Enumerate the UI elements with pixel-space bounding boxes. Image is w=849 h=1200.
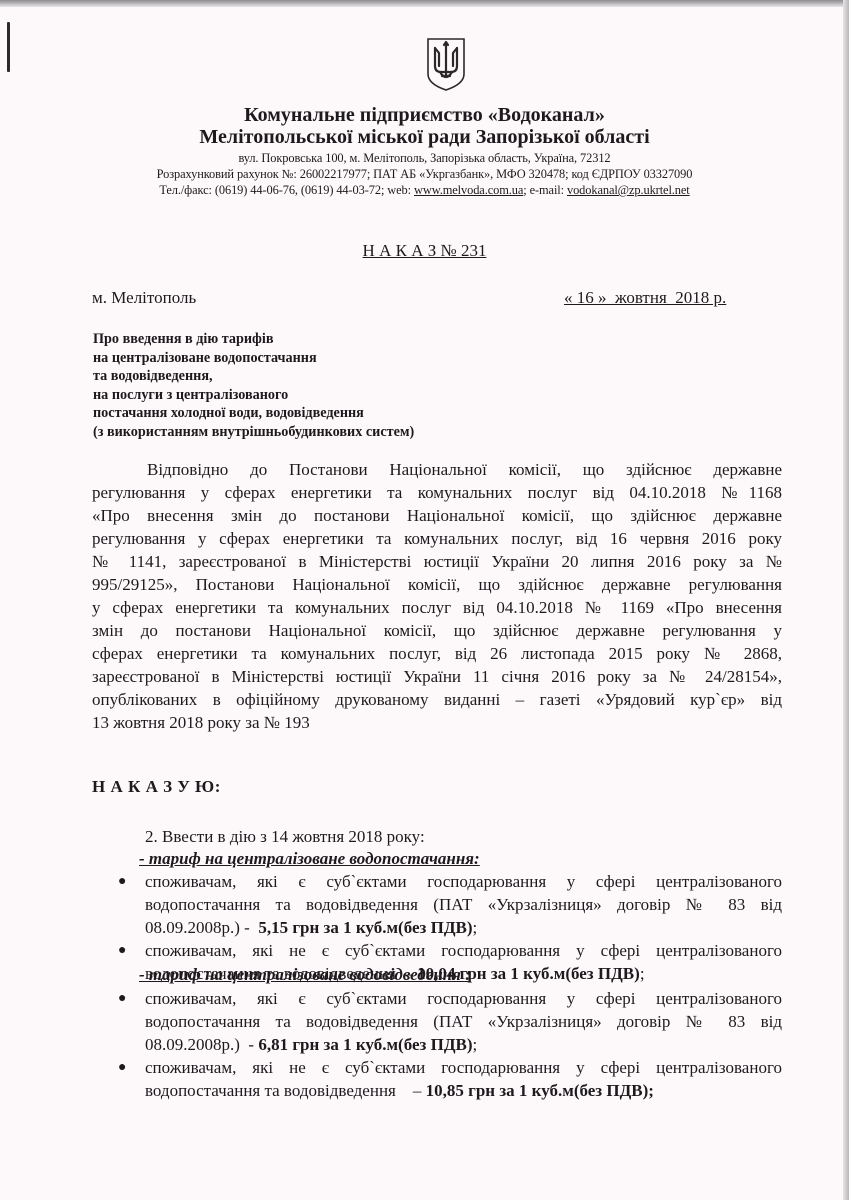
vat-note: (без ПДВ) (398, 918, 472, 937)
vat-note: (без ПДВ) (565, 964, 639, 983)
preamble-line: «Про внесення змін до постанови Націонал… (92, 504, 782, 527)
trident-coat-of-arms-icon (425, 36, 467, 92)
vat-note: (без ПДВ) (398, 1035, 472, 1054)
org-name-line1: Комунальне підприємство «Водоканал» (0, 103, 849, 127)
bullet-tail: водопостачання та водовідведення – (145, 1081, 426, 1100)
preamble-line: сферах енергетики та комунальних послуг,… (92, 642, 782, 665)
email-link[interactable]: vodokanal@zp.ukrtel.net (567, 183, 690, 197)
preamble-line: регулювання у сферах енергетики та комун… (92, 527, 782, 550)
bullet-icon: ● (118, 1056, 138, 1079)
bullet-line: 08.09.2008р.) - 5,15 грн за 1 куб.м(без … (145, 916, 782, 939)
bullet-line: водопостачання та водовідведення – 10,85… (145, 1079, 782, 1102)
order-city: м. Мелітополь (92, 288, 196, 308)
website-link[interactable]: www.melvoda.com.ua (414, 183, 523, 197)
preamble-line: зареєстрованої в Міністерстві юстиції Ук… (92, 665, 782, 688)
subject-line: постачання холодної води, водовідведення (93, 404, 414, 423)
bullet-tail: 08.09.2008р.) - (145, 1035, 258, 1054)
preamble-line: Відповідно до Постанови Національної ком… (92, 458, 782, 481)
bullet-text: споживачам, які є суб`єктами господарюва… (145, 987, 782, 1056)
order-number: Н А К А З № 231 (363, 241, 487, 260)
document-page: Комунальне підприємство «Водоканал» Мелі… (0, 0, 849, 1200)
org-name-line2: Мелітопольської міської ради Запорізької… (0, 125, 849, 149)
bullet-line: водопостачання та водовідведення (ПАТ «У… (145, 1010, 782, 1033)
subject-line: на централізоване водопостачання (93, 349, 414, 368)
bullet-line: 08.09.2008р.) - 6,81 грн за 1 куб.м(без … (145, 1033, 782, 1056)
subject-line: та водовідведення, (93, 367, 414, 386)
bullet-line: споживачам, які є суб`єктами господарюва… (145, 870, 782, 893)
bullet-icon: ● (118, 939, 138, 962)
tariff-heading-sewage: - тариф на централізоване водовідведення… (139, 965, 471, 985)
subject-line: Про введення в дію тарифів (93, 330, 414, 349)
preamble-line: опублікованих в офіційному друкованому в… (92, 688, 782, 711)
bullet-tail: 08.09.2008р.) - (145, 918, 258, 937)
bullet-line: споживачам, які не є суб`єктами господар… (145, 939, 782, 962)
preamble-line: 995/29125», Постанови Національної коміс… (92, 573, 782, 596)
tariff-rate: 10,85 грн за 1 куб.м (426, 1081, 574, 1100)
decree-item-2: 2. Ввести в дію з 14 жовтня 2018 року: (145, 827, 425, 847)
bullet-text: споживачам, які не є суб`єктами господар… (145, 1056, 782, 1102)
preamble-line: № 1141, зареєстрованої в Міністерстві юс… (92, 550, 782, 573)
bullet-line: споживачам, які є суб`єктами господарюва… (145, 987, 782, 1010)
phone-fax: Тел./факс: (0619) 44-06-76, (0619) 44-03… (159, 183, 414, 197)
bullet-line: споживачам, які не є суб`єктами господар… (145, 1056, 782, 1079)
tariff-heading-water-supply: - тариф на централізоване водопостачання… (139, 849, 480, 869)
order-date: « 16 » жовтня 2018 р. (564, 288, 726, 308)
org-address: вул. Покровська 100, м. Мелітополь, Запо… (0, 150, 849, 166)
bullet-line: водопостачання та водовідведення (ПАТ «У… (145, 893, 782, 916)
preamble-line: у сферах енергетики та комунальних послу… (92, 596, 782, 619)
preamble-paragraph: Відповідно до Постанови Національної ком… (92, 458, 782, 734)
order-subject: Про введення в дію тарифів на централізо… (93, 330, 414, 441)
bullet-text: споживачам, які є суб`єктами господарюва… (145, 870, 782, 939)
org-contacts: Тел./факс: (0619) 44-06-76, (0619) 44-03… (0, 182, 849, 198)
preamble-line: змін до постанови Національної комісії, … (92, 619, 782, 642)
bullet-tail-suffix: ; (473, 918, 478, 937)
bullet-icon: ● (118, 987, 138, 1010)
subject-line: на послуги з централізованого (93, 386, 414, 405)
org-bank-details: Розрахунковий рахунок №: 26002217977; ПА… (0, 166, 849, 182)
order-title: Н А К А З № 231 (0, 241, 849, 261)
bullet-tail-suffix: ; (640, 964, 645, 983)
preamble-line: 13 жовтня 2018 року за № 193 (92, 711, 782, 734)
subject-line: (з використанням внутрішньобудинкових си… (93, 423, 414, 442)
bullet-tail-suffix: ; (473, 1035, 478, 1054)
vat-note: (без ПДВ); (574, 1081, 654, 1100)
tariff-rate: 6,81 грн за 1 куб.м (258, 1035, 398, 1054)
preamble-line: регулювання у сферах енергетики та комун… (92, 481, 782, 504)
bullet-icon: ● (118, 870, 138, 893)
tariff-rate: 5,15 грн за 1 куб.м (258, 918, 398, 937)
decree-heading: Н А К А З У Ю: (92, 777, 221, 797)
email-label: ; e-mail: (523, 183, 567, 197)
